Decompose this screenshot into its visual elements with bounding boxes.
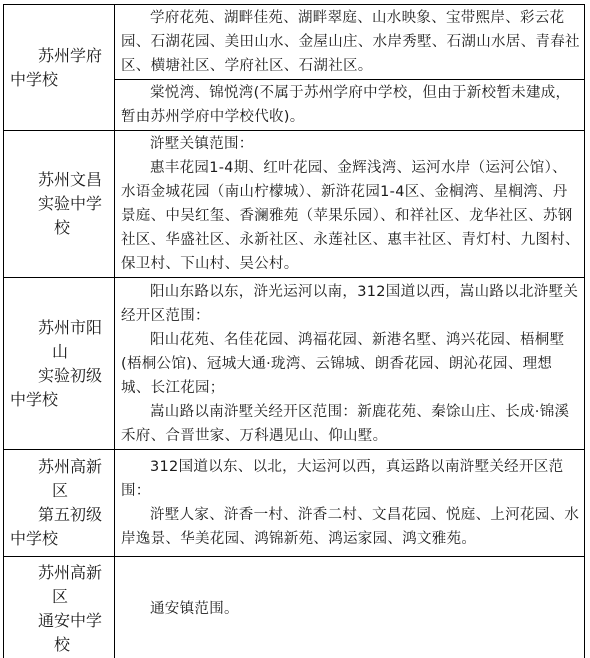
school-name-line: 校 [10,633,114,657]
school-district-table: 苏州学府 中学校 学府花苑、湖畔佳苑、湖畔翠庭、山水映象、宝带熙岸、彩云花园、石… [3,4,585,658]
school-name-line: 区 [10,585,114,609]
table-row: 苏州文昌 实验中学 校 浒墅关镇范围： 惠丰花园1-4期、红叶花园、金辉浅湾、运… [4,131,585,278]
area-cell: 学府花苑、湖畔佳苑、湖畔翠庭、山水映象、宝带熙岸、彩云花园、石湖花园、美田山水、… [115,5,585,80]
school-name-line: 校 [10,216,114,240]
table-row: 苏州高新 区 通安中学 校 通安镇范围。 [4,557,585,658]
school-name-line: 区 [10,479,114,503]
school-name-line: 山 [10,340,114,364]
school-name-cell: 苏州学府 中学校 [4,5,115,131]
school-name-line: 苏州高新 [10,455,114,479]
school-name-line: 中学校 [10,388,114,412]
school-name-line: 实验初级 [10,364,114,388]
school-name-line: 苏州学府 [10,44,114,68]
table-row: 苏州高新 区 第五初级 中学校 312国道以东、以北，大运河以西，真运路以南浒墅… [4,450,585,557]
school-name-line: 通安中学 [10,609,114,633]
area-paragraph: 通安镇范围。 [121,597,580,621]
area-cell: 阳山东路以东，浒光运河以南，312国道以西，嵩山路以北浒墅关经开区范围： 阳山花… [115,278,585,450]
school-name-line: 中学校 [10,527,114,551]
area-paragraph: 学府花苑、湖畔佳苑、湖畔翠庭、山水映象、宝带熙岸、彩云花园、石湖花园、美田山水、… [121,6,580,78]
area-paragraph: 浒墅关镇范围： [121,132,580,156]
table-row: 苏州学府 中学校 学府花苑、湖畔佳苑、湖畔翠庭、山水映象、宝带熙岸、彩云花园、石… [4,5,585,80]
area-paragraph: 棠悦湾、锦悦湾(不属于苏州学府中学校，但由于新校暂未建成，暂由苏州学府中学校代收… [121,81,580,129]
area-cell: 312国道以东、以北，大运河以西，真运路以南浒墅关经开区范围： 浒墅人家、浒香一… [115,450,585,557]
table-row: 苏州市阳 山 实验初级 中学校 阳山东路以东，浒光运河以南，312国道以西，嵩山… [4,278,585,450]
school-name-line: 中学校 [10,68,114,92]
area-cell: 通安镇范围。 [115,557,585,658]
area-paragraph: 浒墅人家、浒香一村、浒香二村、文昌花园、悦庭、上河花园、水岸逸景、华美花园、鸿锦… [121,503,580,551]
school-name-line: 苏州市阳 [10,316,114,340]
area-paragraph: 阳山花苑、名佳花园、鸿福花园、新港名墅、鸿兴花园、梧桐墅(梧桐公馆)、冠城大通·… [121,328,580,400]
school-name-line: 苏州高新 [10,561,114,585]
school-name-cell: 苏州高新 区 第五初级 中学校 [4,450,115,557]
school-name-line: 苏州文昌 [10,168,114,192]
school-name-line: 实验中学 [10,192,114,216]
area-paragraph: 嵩山路以南浒墅关经开区范围：新鹿花苑、秦馀山庄、长成·锦溪禾府、合晋世家、万科遇… [121,400,580,448]
area-paragraph: 阳山东路以东，浒光运河以南，312国道以西，嵩山路以北浒墅关经开区范围： [121,280,580,328]
school-name-cell: 苏州市阳 山 实验初级 中学校 [4,278,115,450]
school-name-cell: 苏州高新 区 通安中学 校 [4,557,115,658]
school-name-cell: 苏州文昌 实验中学 校 [4,131,115,278]
area-paragraph: 惠丰花园1-4期、红叶花园、金辉浅湾、运河水岸（运河公馆）、水语金城花园（南山柠… [121,156,580,276]
area-cell: 棠悦湾、锦悦湾(不属于苏州学府中学校，但由于新校暂未建成，暂由苏州学府中学校代收… [115,80,585,131]
area-paragraph: 312国道以东、以北，大运河以西，真运路以南浒墅关经开区范围： [121,455,580,503]
area-cell: 浒墅关镇范围： 惠丰花园1-4期、红叶花园、金辉浅湾、运河水岸（运河公馆）、水语… [115,131,585,278]
school-name-line: 第五初级 [10,503,114,527]
